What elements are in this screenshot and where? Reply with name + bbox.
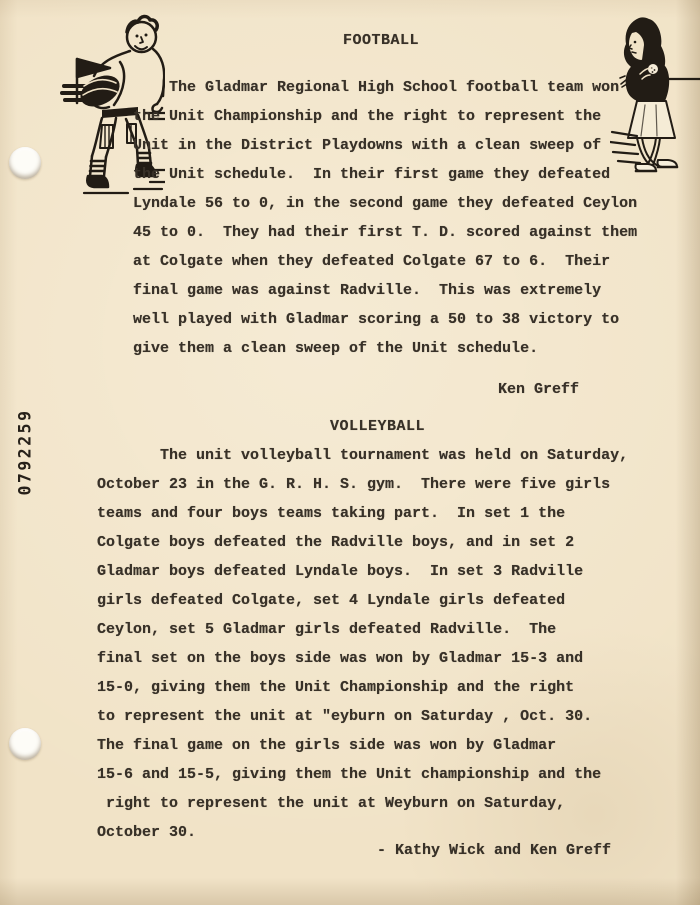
- football-heading: FOOTBALL: [343, 26, 419, 55]
- volleyball-byline: - Kathy Wick and Ken Greff: [377, 836, 611, 865]
- scanned-yearbook-page: 0792259: [0, 0, 700, 905]
- volleyball-heading: VOLLEYBALL: [330, 412, 425, 441]
- football-paragraph: The Gladmar Regional High School footbal…: [133, 73, 637, 363]
- punch-hole-top: [9, 147, 41, 179]
- punch-hole-bottom: [9, 728, 41, 760]
- football-byline: Ken Greff: [498, 375, 579, 404]
- stamp-number: 0792259: [16, 408, 35, 495]
- volleyball-paragraph: The unit volleyball tournament was held …: [97, 441, 628, 847]
